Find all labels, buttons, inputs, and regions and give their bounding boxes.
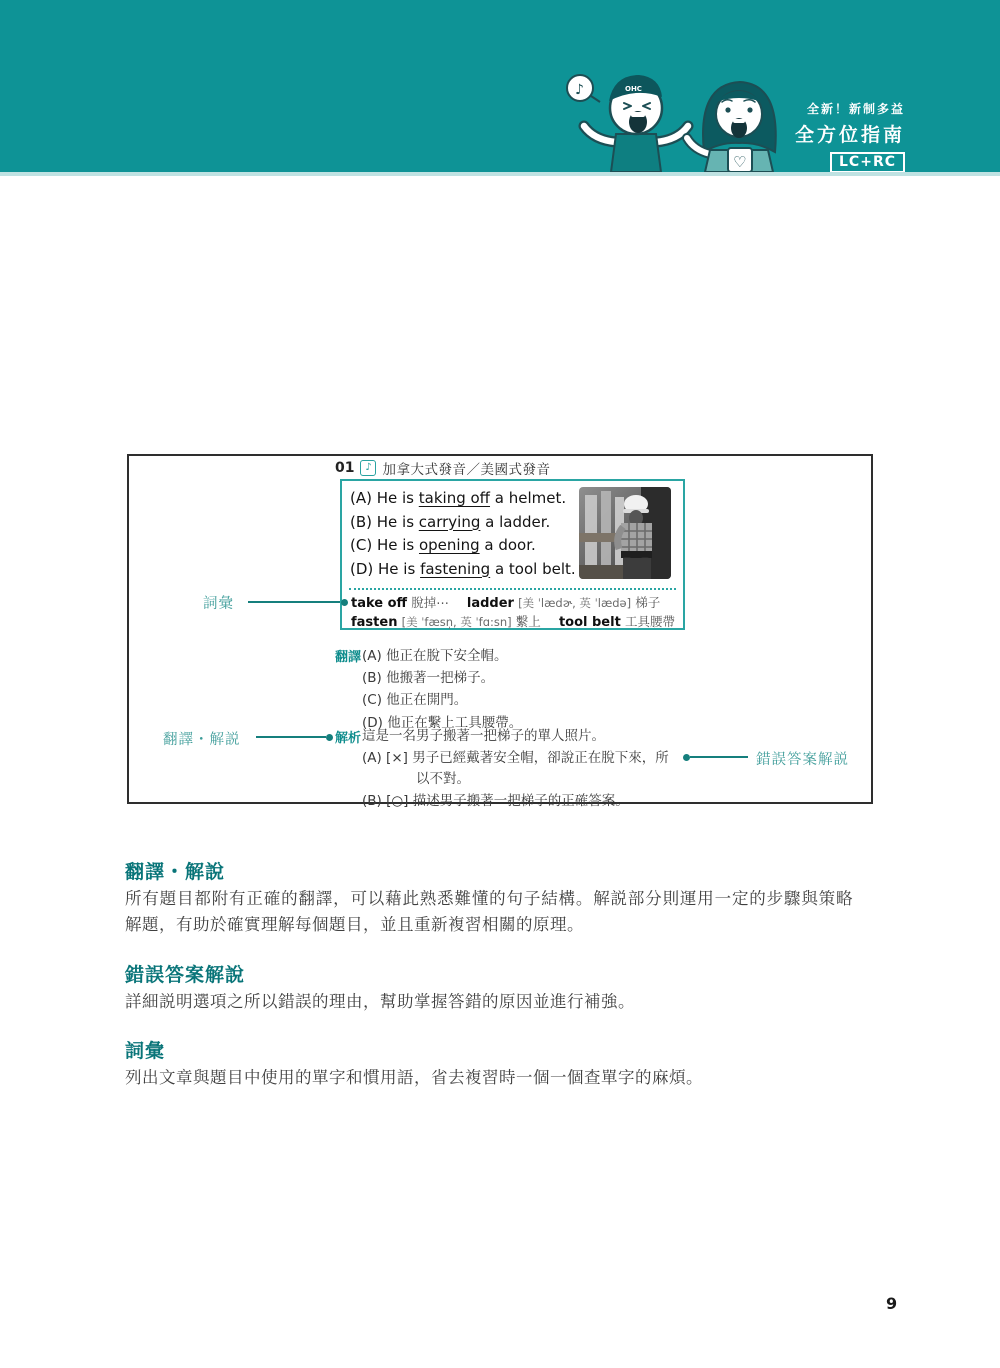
analysis-intro: 這是一名男子搬著一把梯子的單人照片。 — [362, 726, 669, 748]
question-header: 01 ♪ 加拿大式發音／美國式發音 — [335, 458, 550, 478]
callout-wrong-label: 錯誤答案解説 — [756, 748, 849, 769]
vocab-block: take off 脫掉⋯ ladder [美 ˈlædɚ, 英 ˈlædə] 梯… — [351, 594, 681, 631]
header-tagline: 全新！新制多益 — [795, 100, 905, 117]
section-heading-translation: 翻譯・解說 — [125, 857, 225, 884]
analysis-item-a: (A) [×] 男子已經戴著安全帽，卻說正在脫下來，所 — [362, 748, 669, 770]
callout-translation-label: 翻譯・解説 — [163, 728, 241, 749]
analysis-item-b: (B) [○] 描述男子搬著一把梯子的正確答案。 — [362, 791, 669, 813]
page-number: 9 — [886, 1294, 897, 1313]
header-badge: LC+RC — [830, 152, 905, 173]
answer-option-a: (A) He is taking off a helmet. — [350, 487, 576, 511]
book-page: ♪ OHC ♡ 全新！ — [0, 0, 1000, 1368]
accent-label: 加拿大式發音／美國式發音 — [382, 458, 550, 478]
header-band-edge — [0, 172, 1000, 176]
answer-option-c: (C) He is opening a door. — [350, 534, 576, 558]
audio-track-icon: ♪ — [360, 460, 376, 476]
analysis-label: 解析 — [335, 727, 361, 746]
callout-vocab-dot — [341, 599, 348, 606]
translation-label: 翻譯 — [335, 646, 361, 665]
callout-wrong-line — [690, 756, 748, 758]
vocab-line: fasten [美 ˈfæsn̩, 英 ˈfɑ:sn] 繫上 tool belt… — [351, 613, 681, 632]
heart-icon: ♡ — [733, 153, 746, 171]
answer-option-d: (D) He is fastening a tool belt. — [350, 558, 576, 582]
vocab-line: take off 脫掉⋯ ladder [美 ˈlædɚ, 英 ˈlædə] 梯… — [351, 594, 681, 613]
callout-vocab-label: 詞彙 — [203, 592, 234, 613]
music-note-icon: ♪ — [575, 82, 584, 98]
analysis-block: 這是一名男子搬著一把梯子的單人照片。 (A) [×] 男子已經戴著安全帽，卻說正… — [362, 726, 669, 812]
section-body-vocab: 列出文章與題目中使用的單字和慣用語，省去複習時一個一個查單字的麻煩。 — [125, 1065, 853, 1091]
translation-item: (A) 他正在脫下安全帽。 — [362, 645, 522, 667]
header-band: ♪ OHC ♡ 全新！ — [0, 0, 1000, 172]
mascot-cap-text: OHC — [625, 85, 642, 93]
question-number: 01 — [335, 460, 354, 476]
translation-item: (C) 他正在開門。 — [362, 689, 522, 711]
section-body-wrong-answers: 詳細説明選項之所以錯誤的理由，幫助掌握答錯的原因並進行補強。 — [125, 989, 853, 1015]
callout-translation-dot — [326, 734, 333, 741]
section-heading-vocab: 詞彙 — [125, 1036, 165, 1063]
header-title-block: 全新！新制多益 全方位指南 LC+RC — [795, 100, 905, 173]
mascot-illustration: ♪ OHC ♡ — [558, 50, 803, 172]
callout-vocab-line — [248, 601, 340, 603]
callout-translation-line — [256, 736, 326, 738]
analysis-item-a-wrap: 以不對。 — [416, 769, 669, 791]
section-heading-wrong-answers: 錯誤答案解說 — [125, 960, 245, 987]
section-body-translation: 所有題目都附有正確的翻譯，可以藉此熟悉難懂的句子結構。解説部分則運用一定的步驟與… — [125, 886, 853, 938]
worker-photo — [579, 487, 671, 579]
vocab-divider — [349, 588, 676, 590]
translation-items: (A) 他正在脫下安全帽。 (B) 他搬著一把梯子。 (C) 他正在開門。 (D… — [362, 645, 522, 734]
answer-option-b: (B) He is carrying a ladder. — [350, 511, 576, 535]
answer-options: (A) He is taking off a helmet. (B) He is… — [350, 487, 576, 581]
translation-item: (B) 他搬著一把梯子。 — [362, 667, 522, 689]
header-title: 全方位指南 — [795, 120, 905, 147]
callout-wrong-dot — [683, 754, 690, 761]
